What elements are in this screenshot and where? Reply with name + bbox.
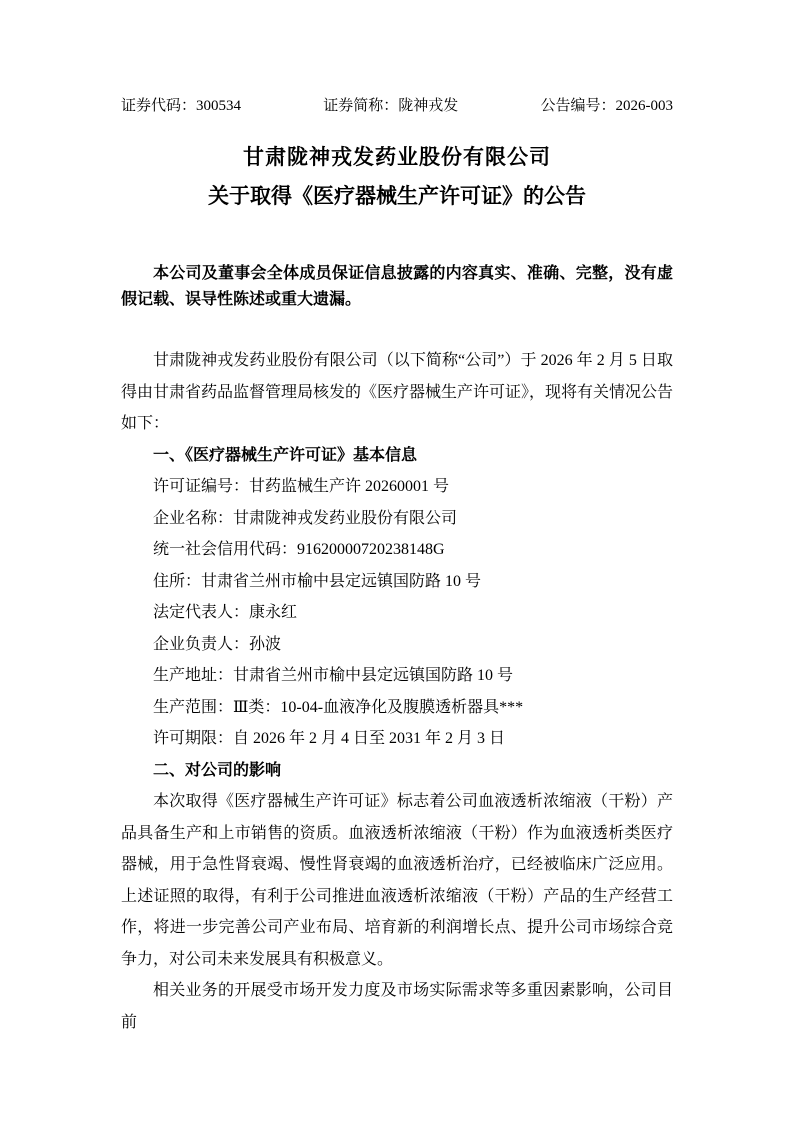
stock-name: 证券简称：陇神戎发 [323, 97, 458, 115]
section1-heading: 一、《医疗器械生产许可证》基本信息 [121, 440, 673, 472]
announcement-title: 关于取得《医疗器械生产许可证》的公告 [121, 183, 673, 209]
enterprise-manager-item: 企业负责人：孙波 [121, 629, 673, 661]
credit-code-item: 统一社会信用代码：91620000720238148G [121, 534, 673, 566]
announcement-number: 公告编号：2026-003 [541, 97, 674, 115]
document-body: 甘肃陇神戎发药业股份有限公司（以下简称“公司”）于 2026 年 2 月 5 日… [121, 345, 673, 1038]
section2-heading: 二、对公司的影响 [121, 755, 673, 787]
board-statement: 本公司及董事会全体成员保证信息披露的内容真实、准确、完整，没有虚假记载、误导性陈… [121, 261, 673, 313]
intro-paragraph: 甘肃陇神戎发药业股份有限公司（以下简称“公司”）于 2026 年 2 月 5 日… [121, 345, 673, 440]
impact-paragraph-1: 本次取得《医疗器械生产许可证》标志着公司血液透析浓缩液（干粉）产品具备生产和上市… [121, 786, 673, 975]
license-period-item: 许可期限：自 2026 年 2 月 4 日至 2031 年 2 月 3 日 [121, 723, 673, 755]
company-name-item: 企业名称：甘肃陇神戎发药业股份有限公司 [121, 503, 673, 535]
residence-item: 住所：甘肃省兰州市榆中县定远镇国防路 10 号 [121, 566, 673, 598]
production-scope-item: 生产范围：Ⅲ类：10-04-血液净化及腹膜透析器具*** [121, 692, 673, 724]
legal-representative-item: 法定代表人：康永红 [121, 597, 673, 629]
license-number-item: 许可证编号：甘药监械生产许 20260001 号 [121, 471, 673, 503]
impact-paragraph-2: 相关业务的开展受市场开发力度及市场实际需求等多重因素影响，公司目前 [121, 975, 673, 1038]
production-address-item: 生产地址：甘肃省兰州市榆中县定远镇国防路 10 号 [121, 660, 673, 692]
company-title: 甘肃陇神戎发药业股份有限公司 [121, 144, 673, 170]
stock-code: 证券代码：300534 [121, 97, 241, 115]
document-header: 证券代码：300534 证券简称：陇神戎发 公告编号：2026-003 [121, 97, 673, 115]
announcement-page: 证券代码：300534 证券简称：陇神戎发 公告编号：2026-003 甘肃陇神… [0, 0, 793, 1122]
